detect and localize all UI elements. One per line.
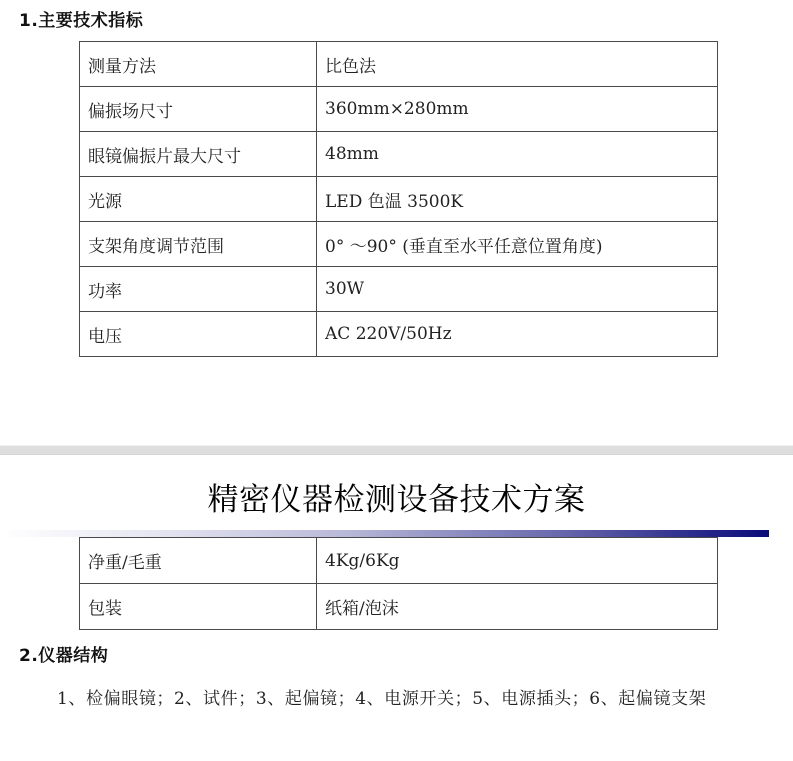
- structure-paragraph: 1、检偏眼镜；2、试件；3、起偏镜；4、电源开关；5、电源插头；6、起偏镜支架: [19, 682, 781, 717]
- spec-table: 测量方法 比色法 偏振场尺寸 360mm×280mm 眼镜偏振片最大尺寸 48m…: [79, 41, 718, 357]
- table-row: 光源 LED 色温 3500K: [80, 177, 718, 222]
- spec-key-packaging: 包装: [80, 584, 317, 630]
- table-row: 电压 AC 220V/50Hz: [80, 312, 718, 357]
- spec-key-angle-range: 支架角度调节范围: [80, 222, 317, 267]
- spec-value-light-source: LED 色温 3500K: [317, 177, 718, 222]
- spec-key-voltage: 电压: [80, 312, 317, 357]
- section-2-heading: 2.仪器结构: [19, 641, 108, 666]
- spec-value-glasses-polarizer-size: 48mm: [317, 132, 718, 177]
- table-row: 偏振场尺寸 360mm×280mm: [80, 87, 718, 132]
- spec-key-measurement-method: 测量方法: [80, 42, 317, 87]
- table-row: 包装 纸箱/泡沫: [80, 584, 718, 630]
- spec-value-weight: 4Kg/6Kg: [317, 538, 718, 584]
- section-1-heading: 1.主要技术指标: [19, 6, 143, 31]
- spec-table-continued: 净重/毛重 4Kg/6Kg 包装 纸箱/泡沫: [79, 537, 718, 630]
- table-row: 功率 30W: [80, 267, 718, 312]
- spec-key-power: 功率: [80, 267, 317, 312]
- spec-value-measurement-method: 比色法: [317, 42, 718, 87]
- title-accent-bar: [0, 530, 769, 537]
- spec-key-polarization-field-size: 偏振场尺寸: [80, 87, 317, 132]
- table-row: 净重/毛重 4Kg/6Kg: [80, 538, 718, 584]
- table-row: 测量方法 比色法: [80, 42, 718, 87]
- spec-value-packaging: 纸箱/泡沫: [317, 584, 718, 630]
- spec-key-weight: 净重/毛重: [80, 538, 317, 584]
- spec-value-angle-range: 0° ～90° (垂直至水平任意位置角度): [317, 222, 718, 267]
- spec-key-light-source: 光源: [80, 177, 317, 222]
- spec-key-glasses-polarizer-size: 眼镜偏振片最大尺寸: [80, 132, 317, 177]
- spec-value-polarization-field-size: 360mm×280mm: [317, 87, 718, 132]
- spec-value-power: 30W: [317, 267, 718, 312]
- page-divider: [0, 445, 793, 455]
- table-row: 支架角度调节范围 0° ～90° (垂直至水平任意位置角度): [80, 222, 718, 267]
- table-row: 眼镜偏振片最大尺寸 48mm: [80, 132, 718, 177]
- slide-title: 精密仪器检测设备技术方案: [0, 474, 793, 519]
- spec-value-voltage: AC 220V/50Hz: [317, 312, 718, 357]
